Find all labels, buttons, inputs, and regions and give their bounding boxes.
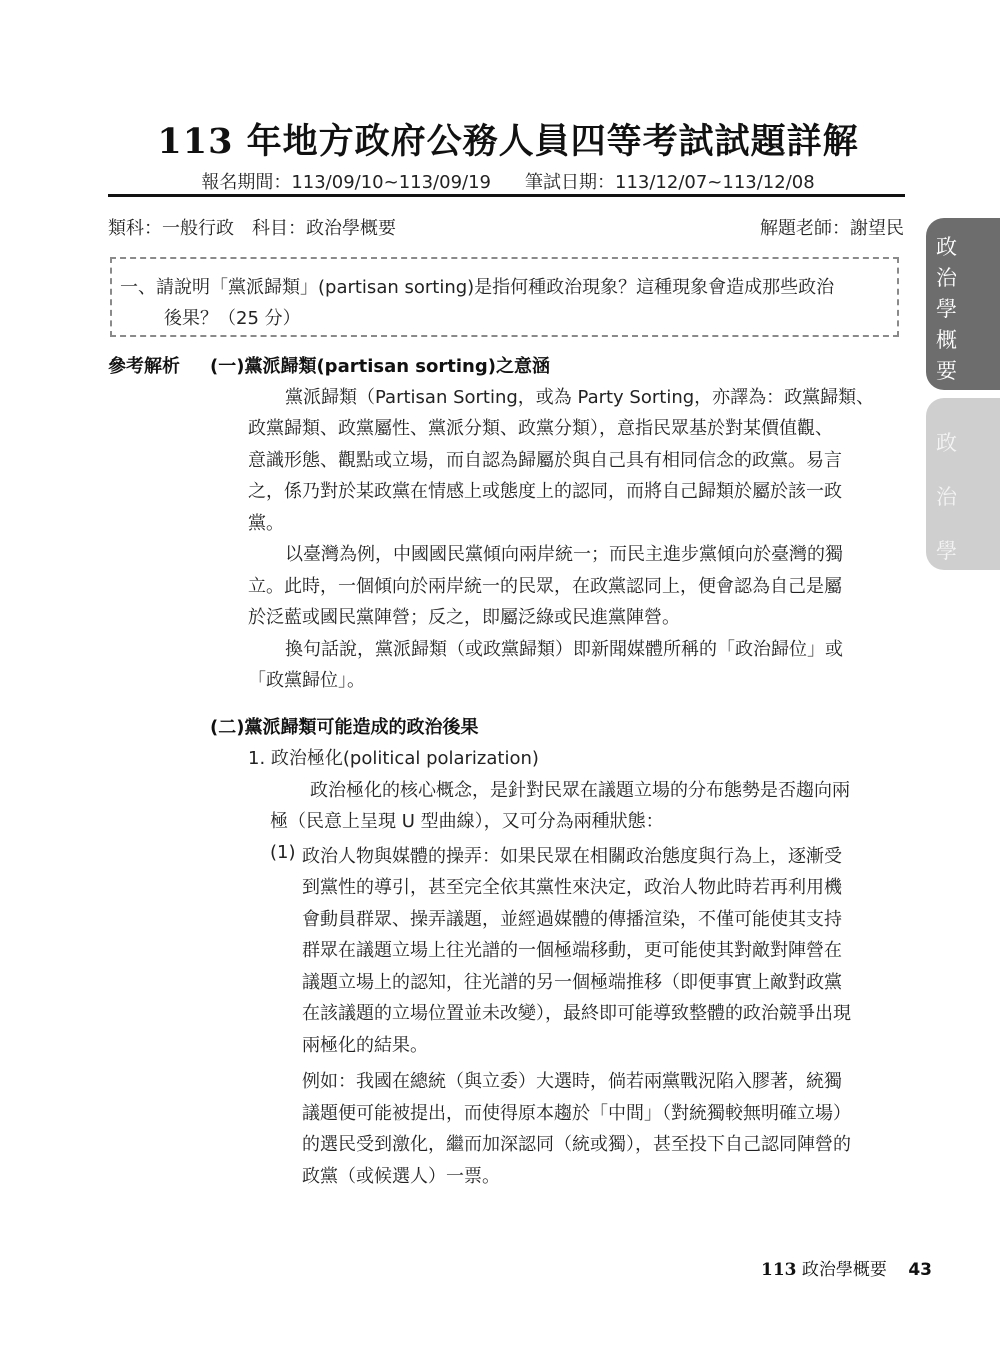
paragraph-line: 立。此時，一個傾向於兩岸統一的民眾，在政黨認同上，便會認為自己是屬 bbox=[248, 572, 842, 598]
question-line: 一、請說明「黨派歸類」(partisan sorting)是指何種政治現象？這種… bbox=[120, 273, 834, 299]
footer-book: 政治學概要 bbox=[802, 1260, 887, 1280]
page-footer: 113 政治學概要 43 bbox=[761, 1255, 932, 1280]
exam-dates: 報名期間：113/09/10~113/09/19筆試日期：113/12/07~1… bbox=[0, 168, 1000, 194]
item-title: 1. 政治極化(political polarization) bbox=[248, 744, 539, 770]
paragraph-line: 議題便可能被提出，而使得原本趨於「中間」（對統獨較無明確立場） bbox=[302, 1099, 851, 1125]
paragraph-line: 換句話說，黨派歸類（或政黨歸類）即新聞媒體所稱的「政治歸位」或 bbox=[285, 635, 843, 661]
teacher: 解題老師：謝望民 bbox=[760, 214, 904, 240]
question-line: 後果？（25 分） bbox=[164, 304, 301, 330]
paragraph-line: 到黨性的導引，甚至完全依其黨性來決定，政治人物此時若再利用機 bbox=[302, 873, 842, 899]
answer-label: 參考解析 bbox=[108, 352, 180, 378]
paragraph-line: 之，係乃對於某政黨在情感上或態度上的認同，而將自己歸類於屬於該一政 bbox=[248, 477, 842, 503]
tab-char: 學 bbox=[936, 294, 1000, 325]
paragraph-line: 以臺灣為例，中國國民黨傾向兩岸統一；而民主進步黨傾向於臺灣的獨 bbox=[285, 540, 843, 566]
side-tab-inactive[interactable]: 政 治 學 bbox=[926, 398, 1000, 570]
paragraph-line: 群眾在議題立場上往光譜的一個極端移動，更可能使其對敵對陣營在 bbox=[302, 936, 842, 962]
tab-char: 要 bbox=[936, 356, 1000, 387]
paragraph-line: 於泛藍或國民黨陣營；反之，即屬泛綠或民進黨陣營。 bbox=[248, 603, 680, 629]
paragraph-line: 政黨（或候選人）一票。 bbox=[302, 1162, 500, 1188]
sub-item-label: (1) bbox=[270, 842, 296, 863]
page-number: 43 bbox=[908, 1260, 932, 1280]
paragraph-line: 政黨歸類、政黨屬性、黨派分類、政黨分類），意指民眾基於對某價值觀、 bbox=[248, 414, 833, 440]
paragraph-line: 黨。 bbox=[248, 509, 284, 535]
section-heading: (二)黨派歸類可能造成的政治後果 bbox=[210, 713, 478, 739]
tab-char: 治 bbox=[936, 263, 1000, 294]
tab-char: 概 bbox=[936, 325, 1000, 356]
header-divider bbox=[108, 194, 905, 197]
paragraph-line: 意識形態、觀點或立場，而自認為歸屬於與自己具有相同信念的政黨。易言 bbox=[248, 446, 842, 472]
paragraph-line: 黨派歸類（Partisan Sorting，或為 Party Sorting，亦… bbox=[285, 383, 874, 409]
side-tab-active[interactable]: 政 治 學 概 要 bbox=[926, 218, 1000, 390]
paragraph-line: 例如：我國在總統（與立委）大選時，倘若兩黨戰況陷入膠著，統獨 bbox=[302, 1067, 842, 1093]
paragraph-line: 極（民意上呈現 U 型曲線），又可分為兩種狀態： bbox=[270, 807, 664, 833]
paragraph-line: 政治人物與媒體的操弄：如果民眾在相關政治態度與行為上，逐漸受 bbox=[302, 842, 842, 868]
tab-char: 政 bbox=[936, 232, 1000, 263]
exam-meta: 類科：一般行政科目：政治學概要 bbox=[108, 214, 396, 240]
tab-char: 學 bbox=[936, 524, 1000, 578]
paragraph-line: 的選民受到激化，繼而加深認同（統或獨），甚至投下自己認同陣營的 bbox=[302, 1130, 851, 1156]
section-heading: (一)黨派歸類(partisan sorting)之意涵 bbox=[210, 352, 550, 378]
paragraph-line: 兩極化的結果。 bbox=[302, 1031, 428, 1057]
paragraph-line: 會動員群眾、操弄議題，並經過媒體的傳播渲染，不僅可能使其支持 bbox=[302, 905, 842, 931]
registration-period: 報名期間：113/09/10~113/09/19 bbox=[201, 172, 491, 193]
tab-char: 政 bbox=[936, 416, 1000, 470]
paragraph-line: 議題立場上的認知，往光譜的另一個極端推移（即便事實上敵對政黨 bbox=[302, 968, 842, 994]
category: 類科：一般行政 bbox=[108, 218, 234, 239]
paragraph-line: 「政黨歸位」。 bbox=[248, 666, 365, 692]
subject: 科目：政治學概要 bbox=[252, 218, 396, 239]
paragraph-line: 在該議題的立場位置並未改變），最終即可能導致整體的政治競爭出現 bbox=[302, 999, 851, 1025]
tab-char: 治 bbox=[936, 470, 1000, 524]
exam-date: 筆試日期：113/12/07~113/12/08 bbox=[525, 172, 815, 193]
page-title: 113 年地方政府公務人員四等考試試題詳解 bbox=[0, 114, 1000, 164]
paragraph-line: 政治極化的核心概念，是針對民眾在議題立場的分布態勢是否趨向兩 bbox=[310, 776, 850, 802]
footer-year: 113 bbox=[761, 1260, 797, 1280]
